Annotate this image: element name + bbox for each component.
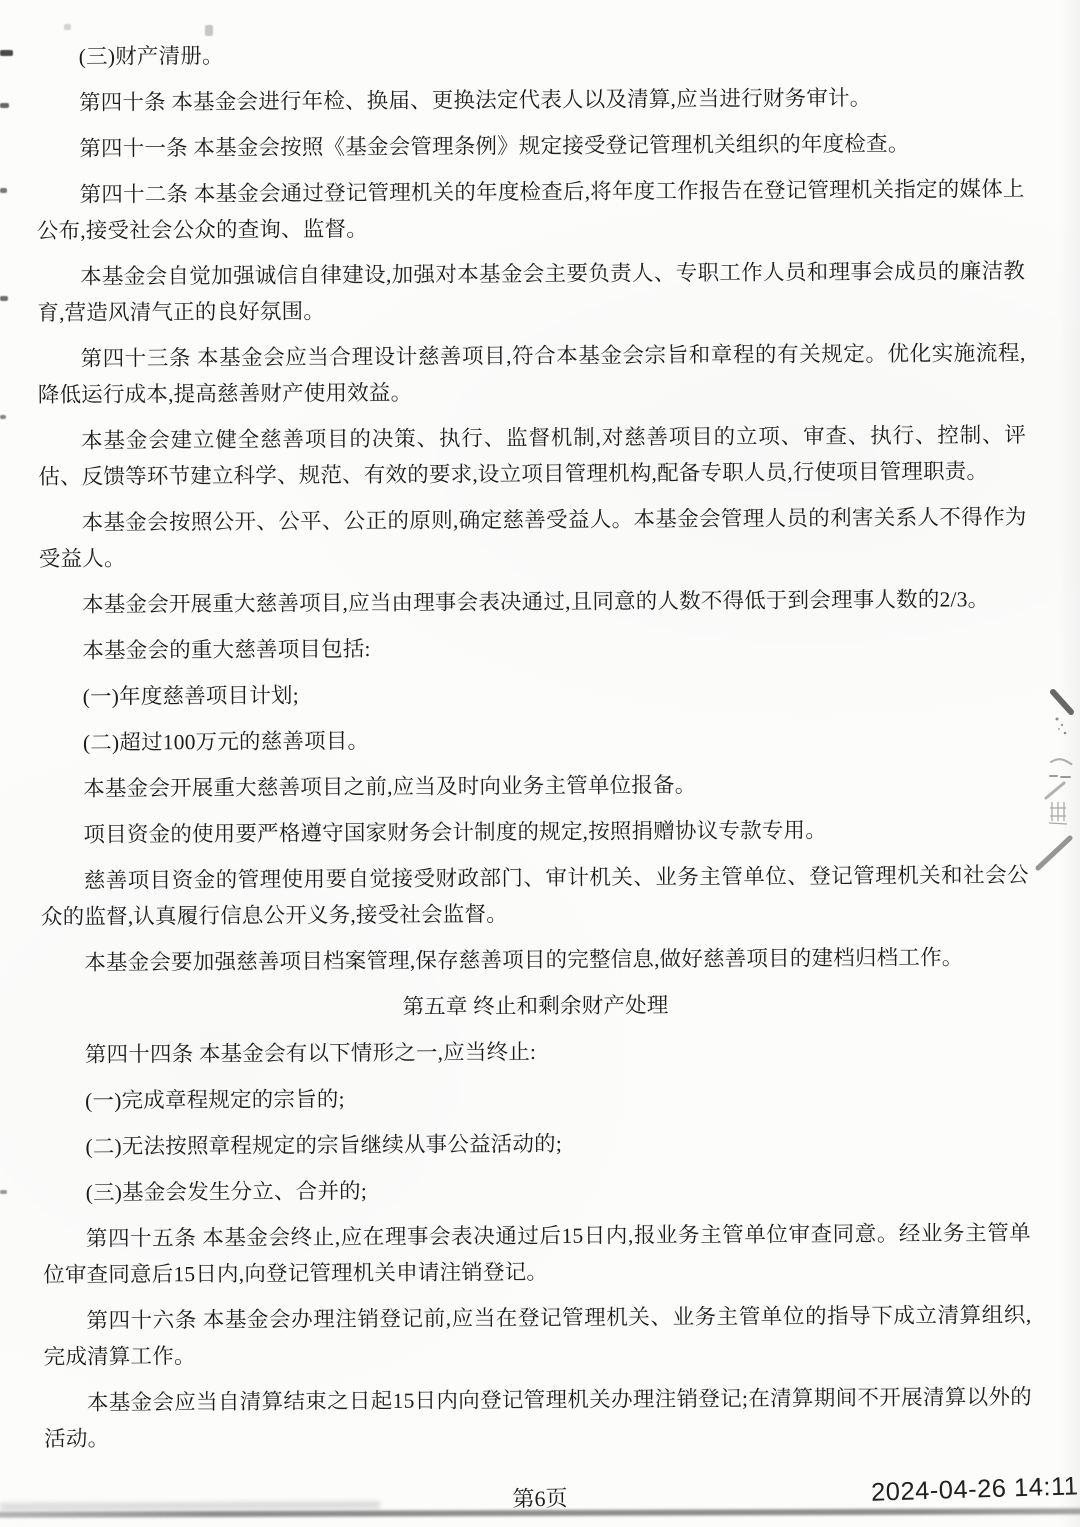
para-major-project-vote: 本基金会开展重大慈善项目,应当由理事会表决通过,且同意的人数不得低于到会理事人数…: [39, 581, 1027, 623]
list-item-annual-plan: (一)年度慈善项目计划;: [40, 673, 1028, 715]
scan-speck: [205, 25, 213, 36]
para-major-projects-include: 本基金会的重大慈善项目包括:: [39, 627, 1027, 669]
clause-45: 第四十五条 本基金会终止,应在理事会表决通过后15日内,报业务主管单位审查同意。…: [43, 1215, 1031, 1293]
list-item-over-1-million: (二)超过100万元的慈善项目。: [40, 719, 1028, 761]
scanned-document-page: (三)财产清册。 第四十条 本基金会进行年检、换届、更换法定代表人以及清算,应当…: [0, 0, 1080, 1527]
para-major-project-filing: 本基金会开展重大慈善项目之前,应当及时向业务主管单位报备。: [40, 765, 1028, 807]
scan-speck: [0, 50, 13, 56]
para-fund-supervision: 慈善项目资金的管理使用要自觉接受财政部门、审计机关、业务主管单位、登记管理机关和…: [41, 857, 1029, 935]
para-integrity-education: 本基金会自觉加强诚信自律建设,加强对本基金会主要负责人、专职工作人员和理事会成员…: [37, 253, 1025, 331]
para-project-mechanism: 本基金会建立健全慈善项目的决策、执行、监督机制,对慈善项目的立项、审查、执行、控…: [38, 417, 1026, 495]
para-beneficiary-principle: 本基金会按照公开、公平、公正的原则,确定慈善受益人。本基金会管理人员的利害关系人…: [38, 499, 1026, 577]
scan-speck: [0, 415, 6, 419]
clause-43: 第四十三条 本基金会应当合理设计慈善项目,符合本基金会宗旨和章程的有关规定。优化…: [37, 335, 1025, 413]
document-body-text: (三)财产清册。 第四十条 本基金会进行年检、换届、更换法定代表人以及清算,应当…: [36, 33, 1033, 1467]
scan-speck: [0, 188, 7, 193]
para-liquidation-period: 本基金会应当自清算结束之日起15日内向登记管理机关办理注销登记;在清算期间不开展…: [44, 1379, 1032, 1457]
clause-41: 第四十一条 本基金会按照《基金会管理条例》规定接受登记管理机关组织的年度检查。: [36, 125, 1024, 167]
chapter-5-heading: 第五章 终止和剩余财产处理: [41, 985, 1029, 1027]
list-item-termination-2: (二)无法按照章程规定的宗旨继续从事公益活动的;: [42, 1123, 1030, 1165]
list-item-property-register: (三)财产清册。: [36, 33, 1024, 75]
clause-46: 第四十六条 本基金会办理注销登记前,应当在登记管理机关、业务主管单位的指导下成立…: [43, 1297, 1031, 1375]
clause-40: 第四十条 本基金会进行年检、换届、更换法定代表人以及清算,应当进行财务审计。: [36, 79, 1024, 121]
page-edge-shade: [1058, 0, 1080, 1527]
clause-42: 第四十二条 本基金会通过登记管理机关的年度检查后,将年度工作报告在登记管理机关指…: [36, 171, 1024, 249]
list-item-termination-3: (三)基金会发生分立、合并的;: [43, 1169, 1031, 1211]
clause-44: 第四十四条 本基金会有以下情形之一,应当终止:: [42, 1031, 1030, 1073]
scan-speck: [0, 103, 9, 108]
list-item-termination-1: (一)完成章程规定的宗旨的;: [42, 1077, 1030, 1119]
scan-speck: [0, 296, 8, 301]
para-project-archives: 本基金会要加强慈善项目档案管理,保存慈善项目的完整信息,做好慈善项目的建档归档工…: [41, 939, 1029, 981]
scan-speck: [0, 1190, 7, 1194]
scan-speck: [64, 24, 71, 30]
para-fund-usage: 项目资金的使用要严格遵守国家财务会计制度的规定,按照捐赠协议专款专用。: [40, 811, 1028, 853]
